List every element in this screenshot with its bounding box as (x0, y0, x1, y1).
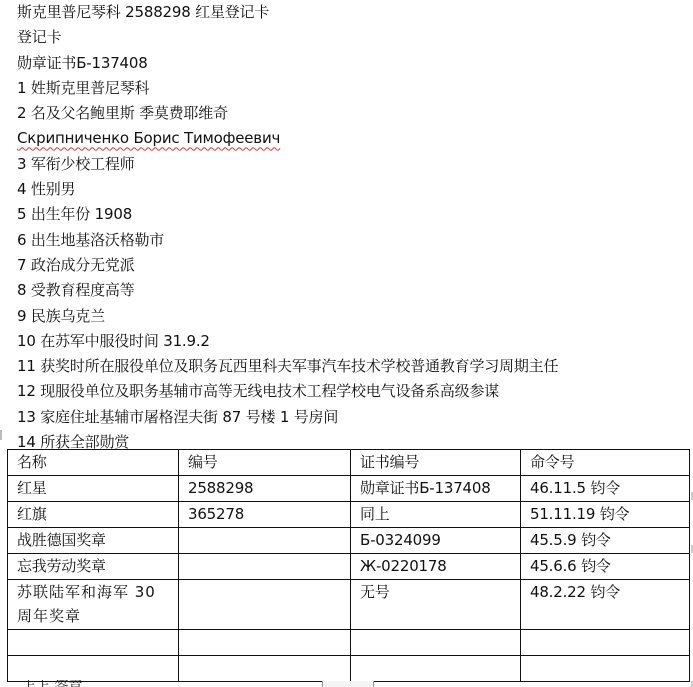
table-cell[interactable]: 同上 (351, 502, 521, 528)
doc-line-rank: 3 军衔少校工程师 (17, 152, 693, 177)
table-cell[interactable]: 战胜德国奖章 (8, 528, 179, 554)
table-cell[interactable] (8, 656, 179, 682)
doc-line-birth-year: 5 出生年份 1908 (17, 202, 693, 227)
doc-line-card: 登记卡 (17, 25, 693, 50)
table-cell[interactable]: 勋章证书Б-137408 (351, 476, 521, 502)
doc-title-line: 斯克里普尼琴科 2588298 红星登记卡 (17, 0, 693, 25)
table-cell[interactable]: Ж-0220178 (351, 554, 521, 580)
table-cell[interactable] (521, 630, 690, 656)
table-cell[interactable]: 51.11.19 钧令 (521, 502, 690, 528)
table-row: 战胜德国奖章 Б-0324099 45.5.9 钧令 (8, 528, 690, 554)
doc-line-surname: 1 姓斯克里普尼琴科 (17, 76, 693, 101)
table-cell[interactable]: 2588298 (179, 476, 351, 502)
horizontal-scrollbar-thumb[interactable] (322, 681, 374, 687)
awards-table: 名称 编号 证书编号 命令号 红星 2588298 勋章证书Б-137408 4… (7, 449, 690, 682)
paragraph-margin-marker (0, 430, 5, 440)
table-row (8, 630, 690, 656)
table-row: 忘我劳动奖章 Ж-0220178 45.6.6 钧令 (8, 554, 690, 580)
table-cell[interactable]: 红星 (8, 476, 179, 502)
table-cell[interactable] (179, 554, 351, 580)
table-row: 红旗 365278 同上 51.11.19 钧令 (8, 502, 690, 528)
doc-line-unit-at-award: 11 获奖时所在服役单位及职务瓦西里科夫军事汽车技术学校普通教育学习周期主任 (17, 354, 693, 379)
table-cell[interactable] (179, 528, 351, 554)
table-cell[interactable]: 无号 (351, 580, 521, 630)
doc-line-current-unit: 12 现服役单位及职务基辅市高等无线电技术工程学校电气设备系高级参谋 (17, 379, 693, 404)
doc-line-address: 13 家庭住址基辅市屠格涅夫街 87 号楼 1 号房间 (17, 405, 693, 430)
cut-off-next-line: 上上 签章 (22, 680, 82, 687)
header-name[interactable]: 名称 (8, 450, 179, 476)
table-cell[interactable]: 365278 (179, 502, 351, 528)
table-row (8, 656, 690, 682)
table-cell[interactable]: 45.5.9 钧令 (521, 528, 690, 554)
doc-line-birthplace: 6 出生地基洛沃格勒市 (17, 228, 693, 253)
doc-line-political: 7 政治成分无党派 (17, 253, 693, 278)
table-cell[interactable]: Б-0324099 (351, 528, 521, 554)
table-row: 苏联陆军和海军 30 周年奖章 无号 48.2.22 钧令 (8, 580, 690, 630)
table-cell[interactable]: 红旗 (8, 502, 179, 528)
header-number[interactable]: 编号 (179, 450, 351, 476)
doc-line-name-patronymic: 2 名及父名鲍里斯 季莫费耶维奇 (17, 101, 693, 126)
table-cell[interactable] (179, 630, 351, 656)
table-row: 红星 2588298 勋章证书Б-137408 46.11.5 钧令 (8, 476, 690, 502)
table-cell[interactable] (179, 656, 351, 682)
table-cell[interactable] (521, 656, 690, 682)
table-cell[interactable] (351, 630, 521, 656)
doc-line-gender: 4 性别男 (17, 177, 693, 202)
table-cell[interactable] (351, 656, 521, 682)
doc-line-service-start: 10 在苏军中服役时间 31.9.2 (17, 329, 693, 354)
table-cell[interactable] (179, 580, 351, 630)
table-cell[interactable]: 忘我劳动奖章 (8, 554, 179, 580)
header-certificate-number[interactable]: 证书编号 (351, 450, 521, 476)
table-cell[interactable]: 45.6.6 钧令 (521, 554, 690, 580)
doc-line-russian-name[interactable]: Скрипниченко Борис Тимофеевич (17, 129, 280, 147)
table-cell[interactable]: 48.2.22 钧令 (521, 580, 690, 630)
doc-line-nationality: 9 民族乌克兰 (17, 304, 693, 329)
doc-line-certificate: 勋章证书Б-137408 (17, 51, 693, 76)
table-cell[interactable]: 46.11.5 钧令 (521, 476, 690, 502)
table-cell[interactable]: 苏联陆军和海军 30 周年奖章 (8, 580, 179, 630)
table-header-row: 名称 编号 证书编号 命令号 (8, 450, 690, 476)
table-cell[interactable] (8, 630, 179, 656)
document-body: 斯克里普尼琴科 2588298 红星登记卡 登记卡 勋章证书Б-137408 1… (17, 0, 693, 455)
doc-line-education: 8 受教育程度高等 (17, 278, 693, 303)
doc-line-russian-name-wrap: Скрипниченко Борис Тимофеевич (17, 126, 693, 151)
header-order-number[interactable]: 命令号 (521, 450, 690, 476)
